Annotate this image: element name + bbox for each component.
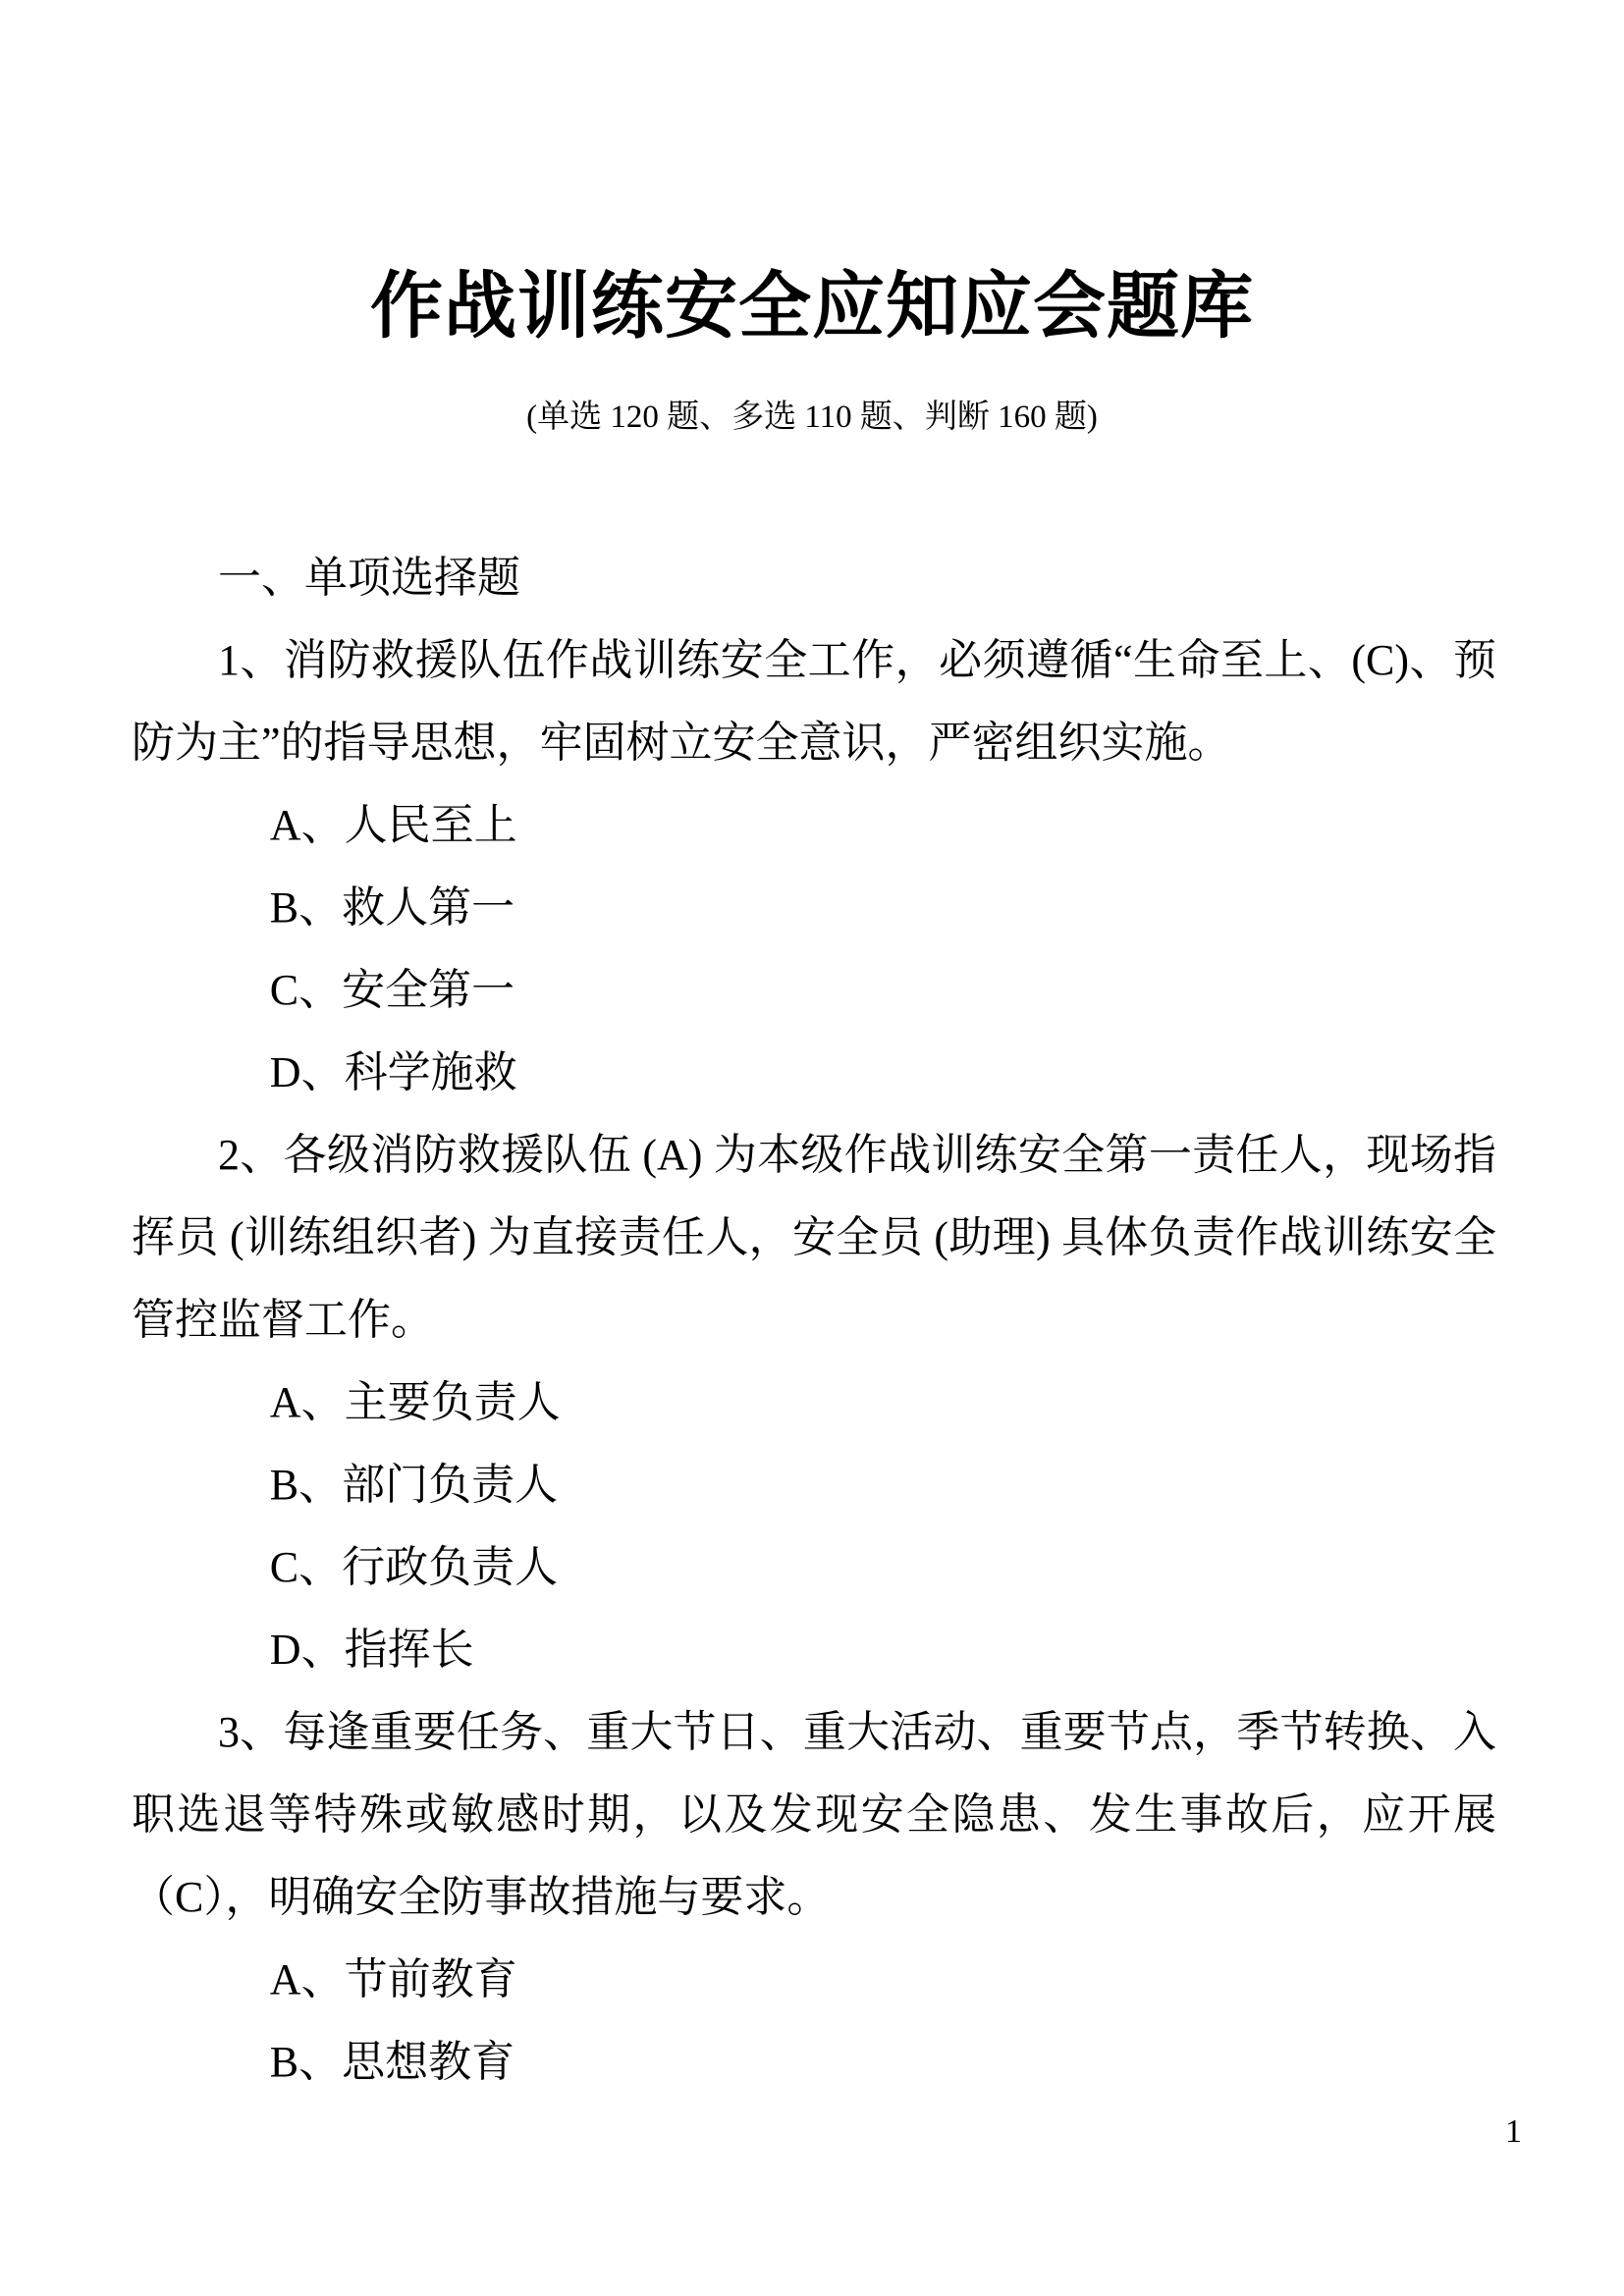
option-text: A、主要负责人 xyxy=(132,1362,1496,1444)
option-text: A、人民至上 xyxy=(132,784,1496,867)
document-subtitle: (单选 120 题、多选 110 题、判断 160 题) xyxy=(0,390,1624,445)
page-number: 1 xyxy=(1505,2112,1522,2153)
question-block: 3、每逢重要任务、重大节日、重大活动、重要节点，季节转换、入职选退等特殊或敏感时… xyxy=(132,1691,1496,2104)
question-text: 1、消防救援队伍作战训练安全工作，必须遵循“生命至上、(C)、预防为主”的指导思… xyxy=(132,619,1496,784)
section-heading: 一、单项选择题 xyxy=(132,537,1496,619)
document-body: 一、单项选择题 1、消防救援队伍作战训练安全工作，必须遵循“生命至上、(C)、预… xyxy=(0,537,1624,2104)
option-text: C、安全第一 xyxy=(132,949,1496,1032)
option-text: B、部门负责人 xyxy=(132,1444,1496,1526)
question-block: 2、各级消防救援队伍 (A) 为本级作战训练安全第一责任人，现场指挥员 (训练组… xyxy=(132,1114,1496,1691)
option-text: C、行政负责人 xyxy=(132,1526,1496,1609)
option-text: A、节前教育 xyxy=(132,1939,1496,2021)
question-list: 1、消防救援队伍作战训练安全工作，必须遵循“生命至上、(C)、预防为主”的指导思… xyxy=(132,619,1496,2104)
question-text: 3、每逢重要任务、重大节日、重大活动、重要节点，季节转换、入职选退等特殊或敏感时… xyxy=(132,1691,1496,1939)
document-page: 作战训练安全应知应会题库 (单选 120 题、多选 110 题、判断 160 题… xyxy=(0,0,1624,2296)
option-text: B、救人第一 xyxy=(132,867,1496,949)
question-text: 2、各级消防救援队伍 (A) 为本级作战训练安全第一责任人，现场指挥员 (训练组… xyxy=(132,1114,1496,1362)
document-title: 作战训练安全应知应会题库 xyxy=(0,0,1624,350)
option-text: D、科学施救 xyxy=(132,1032,1496,1114)
option-text: B、思想教育 xyxy=(132,2021,1496,2104)
option-text: D、指挥长 xyxy=(132,1609,1496,1691)
question-block: 1、消防救援队伍作战训练安全工作，必须遵循“生命至上、(C)、预防为主”的指导思… xyxy=(132,619,1496,1114)
